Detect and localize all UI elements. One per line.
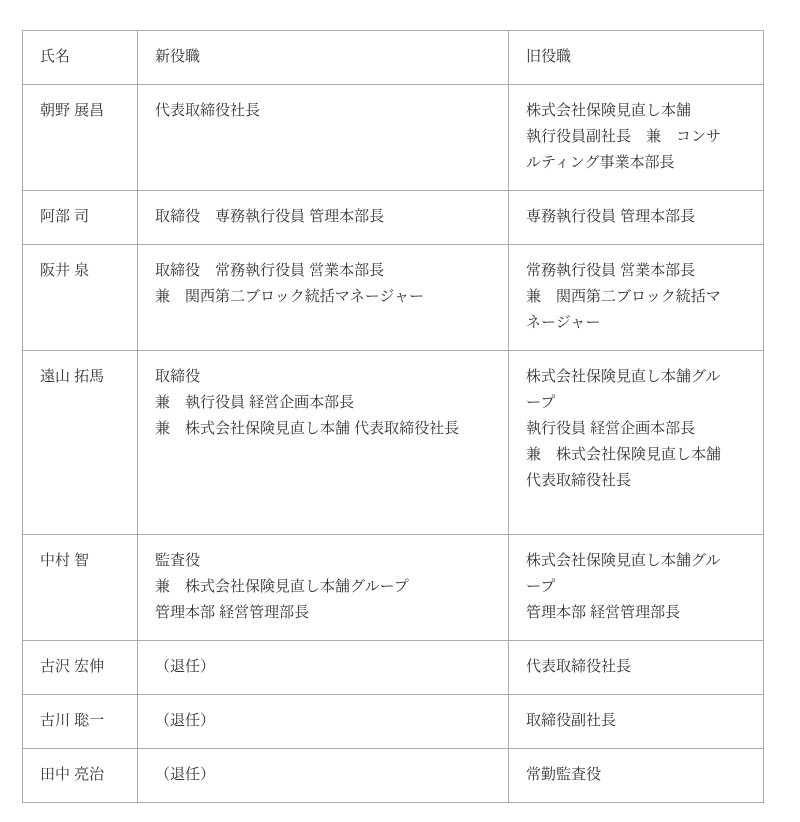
cell-old-position: 代表取締役社長 bbox=[509, 641, 764, 695]
header-row: 氏名 新役職 旧役職 bbox=[23, 31, 764, 85]
table-row: 阪井 泉 取締役 常務執行役員 営業本部長 兼 関西第二ブロック統括マネージャー… bbox=[23, 245, 764, 351]
table-row: 田中 亮治 （退任） 常勤監査役 bbox=[23, 749, 764, 803]
cell-old-position: 取締役副社長 bbox=[509, 695, 764, 749]
cell-name: 古川 聡一 bbox=[23, 695, 138, 749]
cell-new-position: （退任） bbox=[138, 695, 509, 749]
cell-old-position: 株式会社保険見直し本舗グル ープ 執行役員 経営企画本部長 兼 株式会社保険見直… bbox=[509, 351, 764, 535]
cell-old-position: 常勤監査役 bbox=[509, 749, 764, 803]
cell-new-position: （退任） bbox=[138, 641, 509, 695]
cell-new-position: 取締役 常務執行役員 営業本部長 兼 関西第二ブロック統括マネージャー bbox=[138, 245, 509, 351]
cell-new-position: 監査役 兼 株式会社保険見直し本舗グループ 管理本部 経営管理部長 bbox=[138, 535, 509, 641]
table-row: 遠山 拓馬 取締役 兼 執行役員 経営企画本部長 兼 株式会社保険見直し本舗 代… bbox=[23, 351, 764, 535]
table-row: 阿部 司 取締役 専務執行役員 管理本部長 専務執行役員 管理本部長 bbox=[23, 191, 764, 245]
column-header-old-position: 旧役職 bbox=[509, 31, 764, 85]
cell-old-position: 株式会社保険見直し本舗グル ープ 管理本部 経営管理部長 bbox=[509, 535, 764, 641]
cell-new-position: 代表取締役社長 bbox=[138, 85, 509, 191]
cell-new-position: 取締役 専務執行役員 管理本部長 bbox=[138, 191, 509, 245]
cell-new-position: （退任） bbox=[138, 749, 509, 803]
cell-name: 阿部 司 bbox=[23, 191, 138, 245]
cell-new-position: 取締役 兼 執行役員 経営企画本部長 兼 株式会社保険見直し本舗 代表取締役社長 bbox=[138, 351, 509, 535]
table-row: 古川 聡一 （退任） 取締役副社長 bbox=[23, 695, 764, 749]
cell-name: 朝野 展昌 bbox=[23, 85, 138, 191]
cell-old-position: 専務執行役員 管理本部長 bbox=[509, 191, 764, 245]
cell-name: 田中 亮治 bbox=[23, 749, 138, 803]
personnel-change-table: 氏名 新役職 旧役職 朝野 展昌 代表取締役社長 株式会社保険見直し本舗 執行役… bbox=[22, 30, 764, 803]
cell-old-position: 常務執行役員 営業本部長 兼 関西第二ブロック統括マ ネージャー bbox=[509, 245, 764, 351]
table-row: 朝野 展昌 代表取締役社長 株式会社保険見直し本舗 執行役員副社長 兼 コンサ … bbox=[23, 85, 764, 191]
cell-name: 中村 智 bbox=[23, 535, 138, 641]
column-header-new-position: 新役職 bbox=[138, 31, 509, 85]
cell-old-position: 株式会社保険見直し本舗 執行役員副社長 兼 コンサ ルティング事業本部長 bbox=[509, 85, 764, 191]
cell-name: 遠山 拓馬 bbox=[23, 351, 138, 535]
cell-name: 古沢 宏伸 bbox=[23, 641, 138, 695]
table-row: 古沢 宏伸 （退任） 代表取締役社長 bbox=[23, 641, 764, 695]
table-row: 中村 智 監査役 兼 株式会社保険見直し本舗グループ 管理本部 経営管理部長 株… bbox=[23, 535, 764, 641]
cell-name: 阪井 泉 bbox=[23, 245, 138, 351]
column-header-name: 氏名 bbox=[23, 31, 138, 85]
